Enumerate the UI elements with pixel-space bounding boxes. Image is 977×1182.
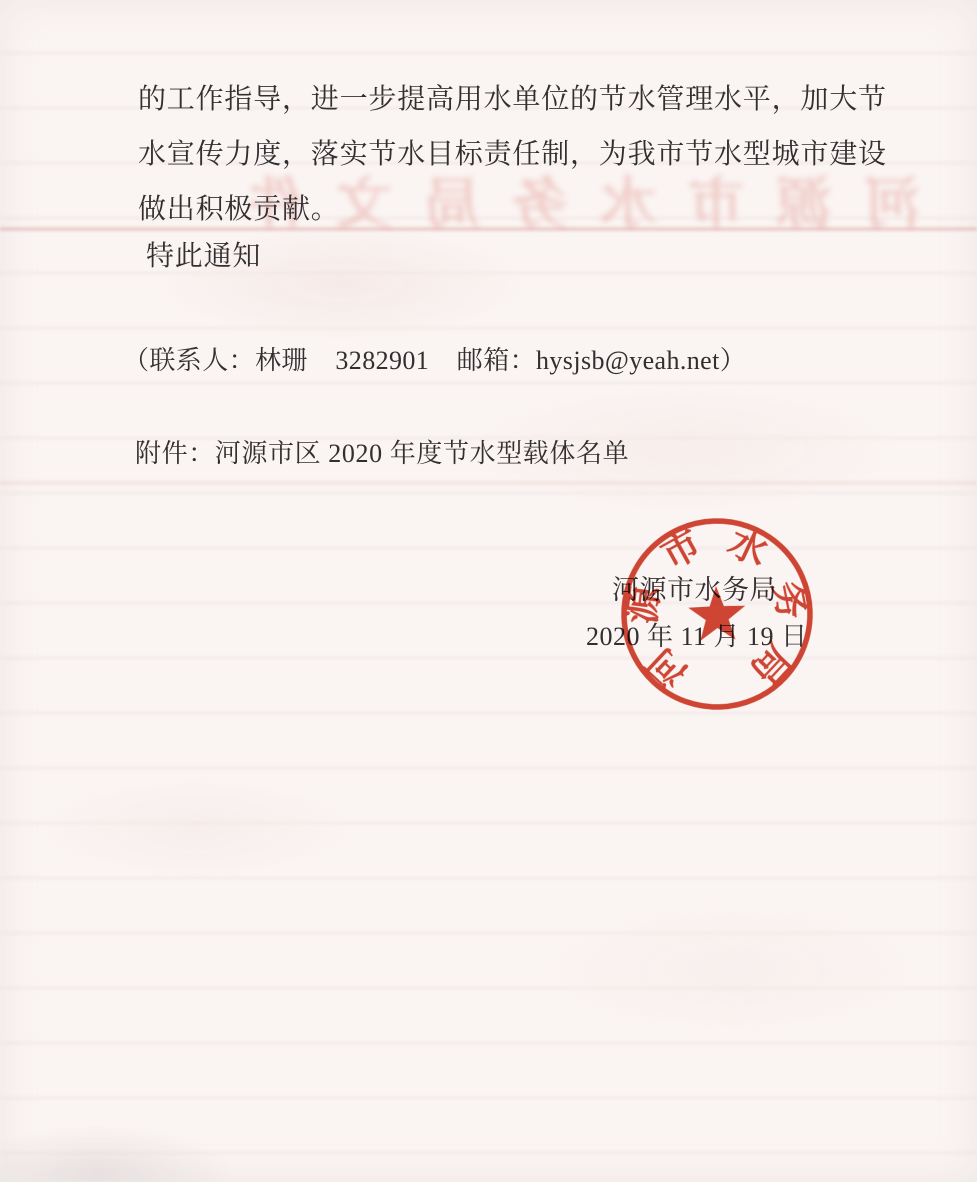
paper-texture	[0, 0, 977, 1182]
seal-star-icon	[688, 585, 747, 641]
seal-char: 水	[722, 521, 774, 575]
seal-char: 河	[639, 639, 695, 696]
official-seal: 河 源 市 水 务 局	[608, 505, 825, 722]
seal-char: 局	[742, 636, 799, 692]
body-line-3: 做出积极贡献。	[138, 194, 340, 226]
seal-char: 务	[764, 577, 812, 622]
seal-char: 市	[655, 523, 709, 578]
body-line-2: 水宣传力度，落实节水目标责任制，为我市节水型城市建设	[138, 139, 887, 171]
contact-line: （联系人：林珊 3282901 邮箱：hysjsb@yeah.net）	[123, 346, 746, 376]
body-line-1: 的工作指导，进一步提高用水单位的节水管理水平，加大节	[138, 84, 887, 116]
closing-line: 特此通知	[146, 241, 261, 273]
bleedthrough-smudge-line	[0, 481, 977, 485]
seal-char: 源	[621, 583, 667, 627]
bleedthrough-divider-line	[0, 227, 977, 231]
attachment-line: 附件：河源市区 2020 年度节水型载体名单	[135, 439, 629, 469]
scanned-document-page: 河源市水务局文件 的工作指导，进一步提高用水单位的节水管理水平，加大节 水宣传力…	[0, 0, 977, 1182]
